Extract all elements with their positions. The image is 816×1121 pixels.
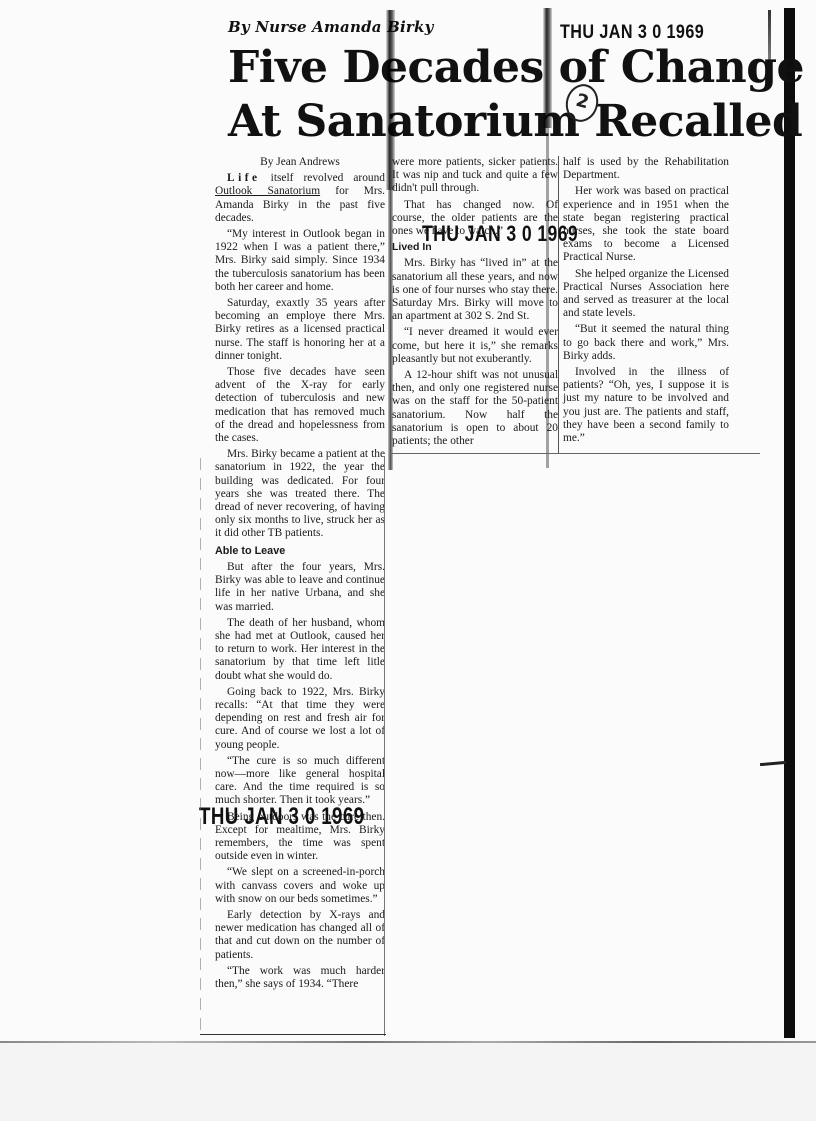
paragraph: But after the four years, Mrs. Birky was… xyxy=(215,561,385,614)
article-column-2: were more patients, sicker patients. It … xyxy=(392,156,558,448)
clipping-bottom-rule xyxy=(200,1034,386,1035)
byline-top: By Nurse Amanda Birky xyxy=(228,18,434,36)
paragraph: She helped organize the Licensed Practic… xyxy=(563,268,729,321)
article-column-3: half is used by the Rehabilitation Depar… xyxy=(563,156,729,445)
underlined-name: Outlook Sanatorium xyxy=(215,185,320,197)
paragraph: “But it seemed the natural thing to go b… xyxy=(563,323,729,363)
scan-edge-shadow xyxy=(784,8,795,1038)
paragraph: “I never dreamed it would ever come, but… xyxy=(392,326,558,366)
headline-line-2: At Sanatorium Recalled xyxy=(228,96,802,147)
clipping-edge xyxy=(200,458,201,1038)
paragraph: Her work was based on practical experien… xyxy=(563,185,729,264)
fold-crease xyxy=(543,8,552,128)
page-edge xyxy=(0,1041,816,1043)
paragraph: “The cure is so much different now—more … xyxy=(215,755,385,808)
date-stamp: THU JAN 3 0 1969 xyxy=(422,221,578,247)
paragraph: “We slept on a screened-in-porch with ca… xyxy=(215,866,385,906)
paragraph: Life itself revolved around Outlook Sana… xyxy=(215,172,385,225)
paragraph: The death of her husband, whom she had m… xyxy=(215,617,385,683)
author-byline: By Jean Andrews xyxy=(215,156,385,169)
paragraph: Involved in the illness of patients? “Oh… xyxy=(563,366,729,445)
paragraph: were more patients, sicker patients. It … xyxy=(392,156,558,196)
column-rule xyxy=(384,456,385,1036)
date-stamp: THU JAN 3 0 1969 xyxy=(199,803,364,831)
article-column-1: By Jean Andrews Life itself revolved aro… xyxy=(215,156,385,991)
text: itself revolved around xyxy=(261,172,385,184)
headline-line-1: Five Decades of Change xyxy=(228,42,804,93)
paragraph: Those five decades have seen advent of t… xyxy=(215,366,385,445)
paragraph: Mrs. Birky became a patient at the sanat… xyxy=(215,448,385,540)
paragraph: Going back to 1922, Mrs. Birky recalls: … xyxy=(215,686,385,752)
paragraph: Saturday, exaxtly 35 years after becomin… xyxy=(215,297,385,363)
paragraph: “The work was much harder then,” she say… xyxy=(215,965,385,991)
date-stamp: THU JAN 3 0 1969 xyxy=(560,22,704,44)
column-rule xyxy=(558,156,559,454)
paragraph: “My interest in Outlook began in 1922 wh… xyxy=(215,228,385,294)
clipping-bottom-rule xyxy=(390,453,760,454)
paragraph: half is used by the Rehabilitation Depar… xyxy=(563,156,729,182)
paragraph: Early detection by X-rays and newer medi… xyxy=(215,909,385,962)
lead-word: Life xyxy=(227,172,261,184)
subhead: Able to Leave xyxy=(215,545,385,558)
paragraph: Mrs. Birky has “lived in” at the sanator… xyxy=(392,257,558,323)
paragraph: A 12-hour shift was not unusual then, an… xyxy=(392,369,558,448)
